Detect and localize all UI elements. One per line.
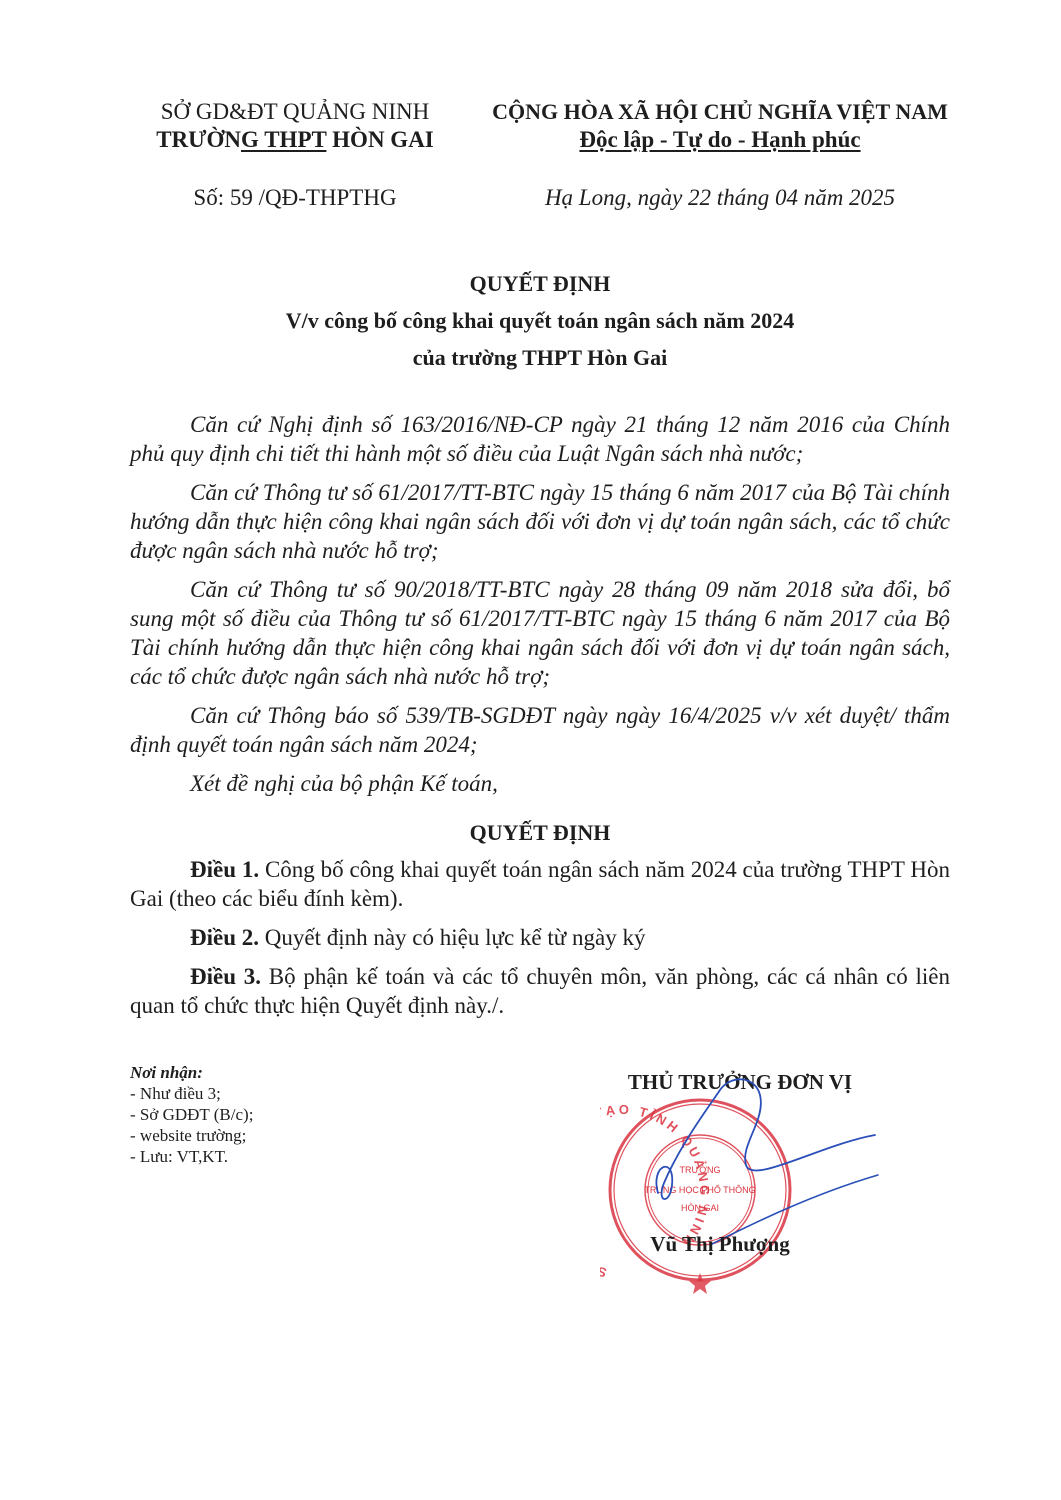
preamble-item: Căn cứ Nghị định số 163/2016/NĐ-CP ngày … (130, 410, 950, 468)
recipient-item: - Như điều 3; (130, 1083, 430, 1104)
articles: Điều 1. Công bố công khai quyết toán ngâ… (130, 855, 950, 1030)
recipients-heading: Nơi nhận: (130, 1062, 430, 1083)
document-number: Số: 59 /QĐ-THPTHG (130, 184, 460, 212)
document-subject: V/v công bố công khai quyết toán ngân sá… (130, 302, 950, 339)
article-1: Điều 1. Công bố công khai quyết toán ngâ… (130, 855, 950, 913)
recipients: Nơi nhận: - Như điều 3; - Sở GDĐT (B/c);… (130, 1062, 430, 1167)
preamble-item: Căn cứ Thông tư số 90/2018/TT-BTC ngày 2… (130, 575, 950, 691)
article-label: Điều 3. (190, 964, 261, 989)
preamble-item: Căn cứ Thông tư số 61/2017/TT-BTC ngày 1… (130, 478, 950, 565)
school-name: TRƯỜNG THPT HÒN GAI (130, 126, 460, 154)
article-3: Điều 3. Bộ phận kế toán và các tổ chuyên… (130, 962, 950, 1020)
decision-heading: QUYẾT ĐỊNH (130, 818, 950, 848)
recipient-item: - website trường; (130, 1125, 430, 1146)
school-name-part: TRƯỜN (156, 127, 241, 152)
recipient-item: - Lưu: VT,KT. (130, 1146, 430, 1167)
document-subject-line2: của trường THPT Hòn Gai (130, 339, 950, 376)
header-left: SỞ GD&ĐT QUẢNG NINH TRƯỜNG THPT HÒN GAI (130, 98, 460, 154)
recipient-item: - Sở GDĐT (B/c); (130, 1104, 430, 1125)
document-type: QUYẾT ĐỊNH (130, 265, 950, 302)
preamble-item: Căn cứ Thông báo số 539/TB-SGDĐT ngày ng… (130, 701, 950, 759)
country-name: CỘNG HÒA XÃ HỘI CHỦ NGHĨA VIỆT NAM (470, 98, 970, 126)
article-label: Điều 1. (190, 857, 259, 882)
article-text: Quyết định này có hiệu lực kể từ ngày ký (259, 925, 645, 950)
school-name-underlined: G THPT (241, 127, 326, 152)
signatory-name: Vũ Thị Phượng (560, 1232, 880, 1257)
preamble-item: Xét đề nghị của bộ phận Kế toán, (130, 769, 950, 798)
title-block: QUYẾT ĐỊNH V/v công bố công khai quyết t… (130, 265, 950, 376)
department-name: SỞ GD&ĐT QUẢNG NINH (130, 98, 460, 126)
preamble: Căn cứ Nghị định số 163/2016/NĐ-CP ngày … (130, 410, 950, 808)
place-date: Hạ Long, ngày 22 tháng 04 năm 2025 (470, 184, 970, 212)
header-right: CỘNG HÒA XÃ HỘI CHỦ NGHĨA VIỆT NAM Độc l… (470, 98, 970, 154)
national-motto: Độc lập - Tự do - Hạnh phúc (579, 127, 860, 152)
article-2: Điều 2. Quyết định này có hiệu lực kể từ… (130, 923, 950, 952)
school-name-part: HÒN GAI (326, 127, 433, 152)
article-label: Điều 2. (190, 925, 259, 950)
